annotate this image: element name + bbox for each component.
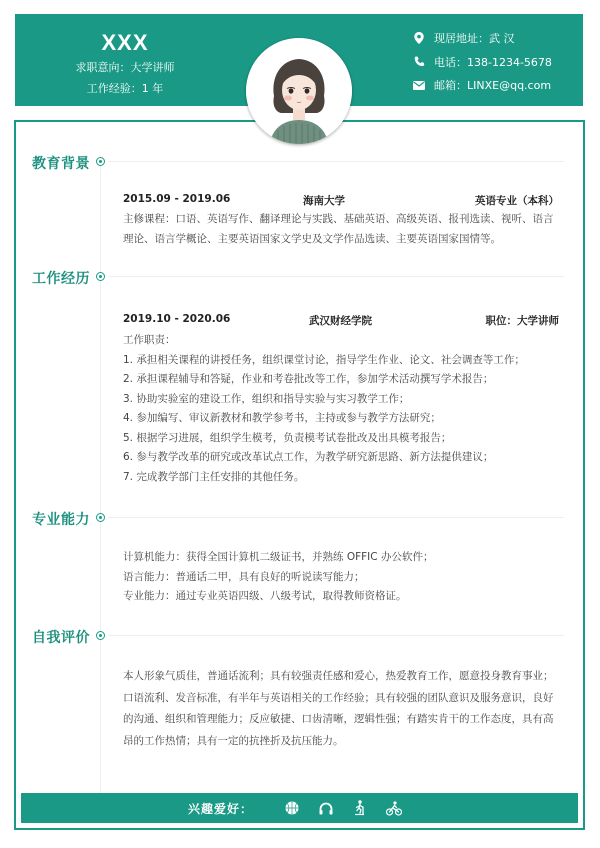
email-envelope-icon [413,79,425,91]
phone-text: 电话：138-1234-5678 [434,54,552,70]
email-text: 邮箱：LINXE@qq.com [434,77,551,93]
education-courses: 主修课程：口语、英语写作、翻译理论与实践、基础英语、高级英语、报刊选读、视听、语… [123,210,563,249]
contact-address: 现居地址：武 汉 [413,31,552,45]
courses-line: 主修课程：口语、英语写作、翻译理论与实践、基础英语、高级英语、报刊选读、视听、语… [123,210,563,230]
hobbies-bar: 兴趣爱好： [21,793,578,823]
contact-phone: 电话：138-1234-5678 [413,55,552,69]
work-period: 2019.10 - 2020.06 [123,313,230,328]
section-divider [108,276,564,277]
contact-email: 邮箱：LINXE@qq.com [413,78,552,92]
cycling-icon [386,800,402,816]
education-school: 海南大学 [303,193,345,208]
duty-item: 1. 承担相关课程的讲授任务，组织课堂讨论，指导学生作业、论文、社会调查等工作； [123,351,563,371]
avatar [246,38,352,144]
work-duties: 工作职责： 1. 承担相关课程的讲授任务，组织课堂讨论，指导学生作业、论文、社会… [123,331,563,487]
work-entry-header: 2019.10 - 2020.06 武汉财经学院 职位：大学讲师 [123,313,559,328]
skill-item: 语言能力：普通话二甲，具有良好的听说读写能力； [123,568,563,588]
section-title-education: 教育背景 [32,153,90,173]
header-identity: XXX 求职意向：大学讲师 工作经验：1 年 [15,14,235,95]
self-eval-line: 昂的工作热情；具有一定的抗挫折及抗压能力。 [123,731,563,753]
duty-item: 4. 参加编写、审议新教材和教学参考书，主持或参与教学方法研究； [123,409,563,429]
duty-item: 6. 参与教学改革的研究或改革试点工作，为教学研究新思路、新方法提供建议； [123,448,563,468]
work-company: 武汉财经学院 [309,313,372,328]
skills-list: 计算机能力：获得全国计算机二级证书，并熟练 OFFIC 办公软件； 语言能力：普… [123,548,563,607]
basketball-icon [284,800,300,816]
phone-icon [413,56,425,68]
section-bullet-icon [96,157,105,166]
section-divider [108,635,564,636]
section-bullet-icon [96,513,105,522]
duties-label: 工作职责： [123,331,563,351]
job-intent: 求职意向：大学讲师 [15,62,235,74]
section-divider [108,517,564,518]
section-bullet-icon [96,631,105,640]
candidate-name: XXX [15,30,235,56]
skill-item: 计算机能力：获得全国计算机二级证书，并熟练 OFFIC 办公软件； [123,548,563,568]
timeline-divider [100,160,101,800]
self-eval-line: 口语流利、发音标准，有半年与英语相关的工作经验；具有较强的团队意识及服务意识，良… [123,688,563,710]
duty-item: 7. 完成教学部门主任安排的其他任务。 [123,468,563,488]
contact-info: 现居地址：武 汉 电话：138-1234-5678 邮箱：LINXE@qq.co… [413,31,552,102]
hobbies-label: 兴趣爱好： [188,800,253,817]
work-experience-years: 工作经验：1 年 [15,83,235,95]
headphones-icon [318,800,334,816]
address-text: 现居地址：武 汉 [434,30,515,46]
self-eval-line: 的沟通、组织和管理能力；反应敏捷、口齿清晰，逻辑性强；有踏实肯干的工作态度，具有… [123,709,563,731]
courses-line: 理论、语言学概论、主要英语国家文学史及文学作品选读、主要英语国家国情等。 [123,230,563,250]
duty-item: 3. 协助实验室的建设工作，组织和指导实验与实习教学工作； [123,390,563,410]
duty-item: 5. 根据学习进展，组织学生模考，负责模考试卷批改及出具模考报告； [123,429,563,449]
section-title-skills: 专业能力 [32,509,90,529]
self-eval-line: 本人形象气质佳，普通话流利；具有较强责任感和爱心，热爱教育工作，愿意投身教育事业… [123,666,563,688]
location-pin-icon [413,32,425,44]
work-position: 职位：大学讲师 [486,313,560,328]
fitness-treadmill-icon [352,800,368,816]
skill-item: 专业能力：通过专业英语四级、八级考试，取得教师资格证。 [123,587,563,607]
section-bullet-icon [96,272,105,281]
section-title-self-evaluation: 自我评价 [32,627,90,647]
self-evaluation-text: 本人形象气质佳，普通话流利；具有较强责任感和爱心，热爱教育工作，愿意投身教育事业… [123,666,563,752]
education-major: 英语专业（本科） [475,193,559,208]
section-title-work: 工作经历 [32,268,90,288]
education-entry-header: 2015.09 - 2019.06 海南大学 英语专业（本科） [123,193,559,208]
section-divider [108,161,564,162]
education-period: 2015.09 - 2019.06 [123,193,230,208]
duty-item: 2. 承担课程辅导和答疑，作业和考卷批改等工作，参加学术活动撰写学术报告； [123,370,563,390]
